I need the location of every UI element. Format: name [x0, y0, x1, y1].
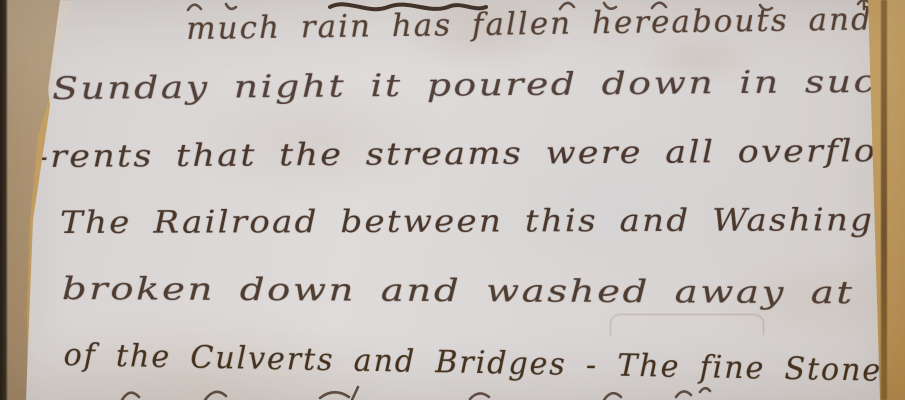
- background-surface: [887, 0, 905, 400]
- handwritten-line: Sunday night it poured down in such tor-: [52, 64, 905, 106]
- faint-box-impression: [610, 314, 764, 335]
- handwritten-line: much rain has fallen hereabouts and on l…: [186, 0, 905, 46]
- letter-photograph: much rain has fallen hereabouts and on l…: [0, 0, 905, 400]
- page-edge-seam: [881, 0, 887, 400]
- page-left-shadow: [0, 0, 8, 400]
- handwritten-line: broken down and washed away at several: [62, 272, 905, 311]
- letter-page: much rain has fallen hereabouts and on l…: [0, 0, 905, 400]
- handwritten-line: -rents that the streams were all overflo…: [36, 134, 905, 174]
- handwritten-line: of the Culverts and Bridges - The fine S…: [63, 338, 905, 390]
- handwritten-line: The Railroad between this and Washington…: [60, 203, 905, 240]
